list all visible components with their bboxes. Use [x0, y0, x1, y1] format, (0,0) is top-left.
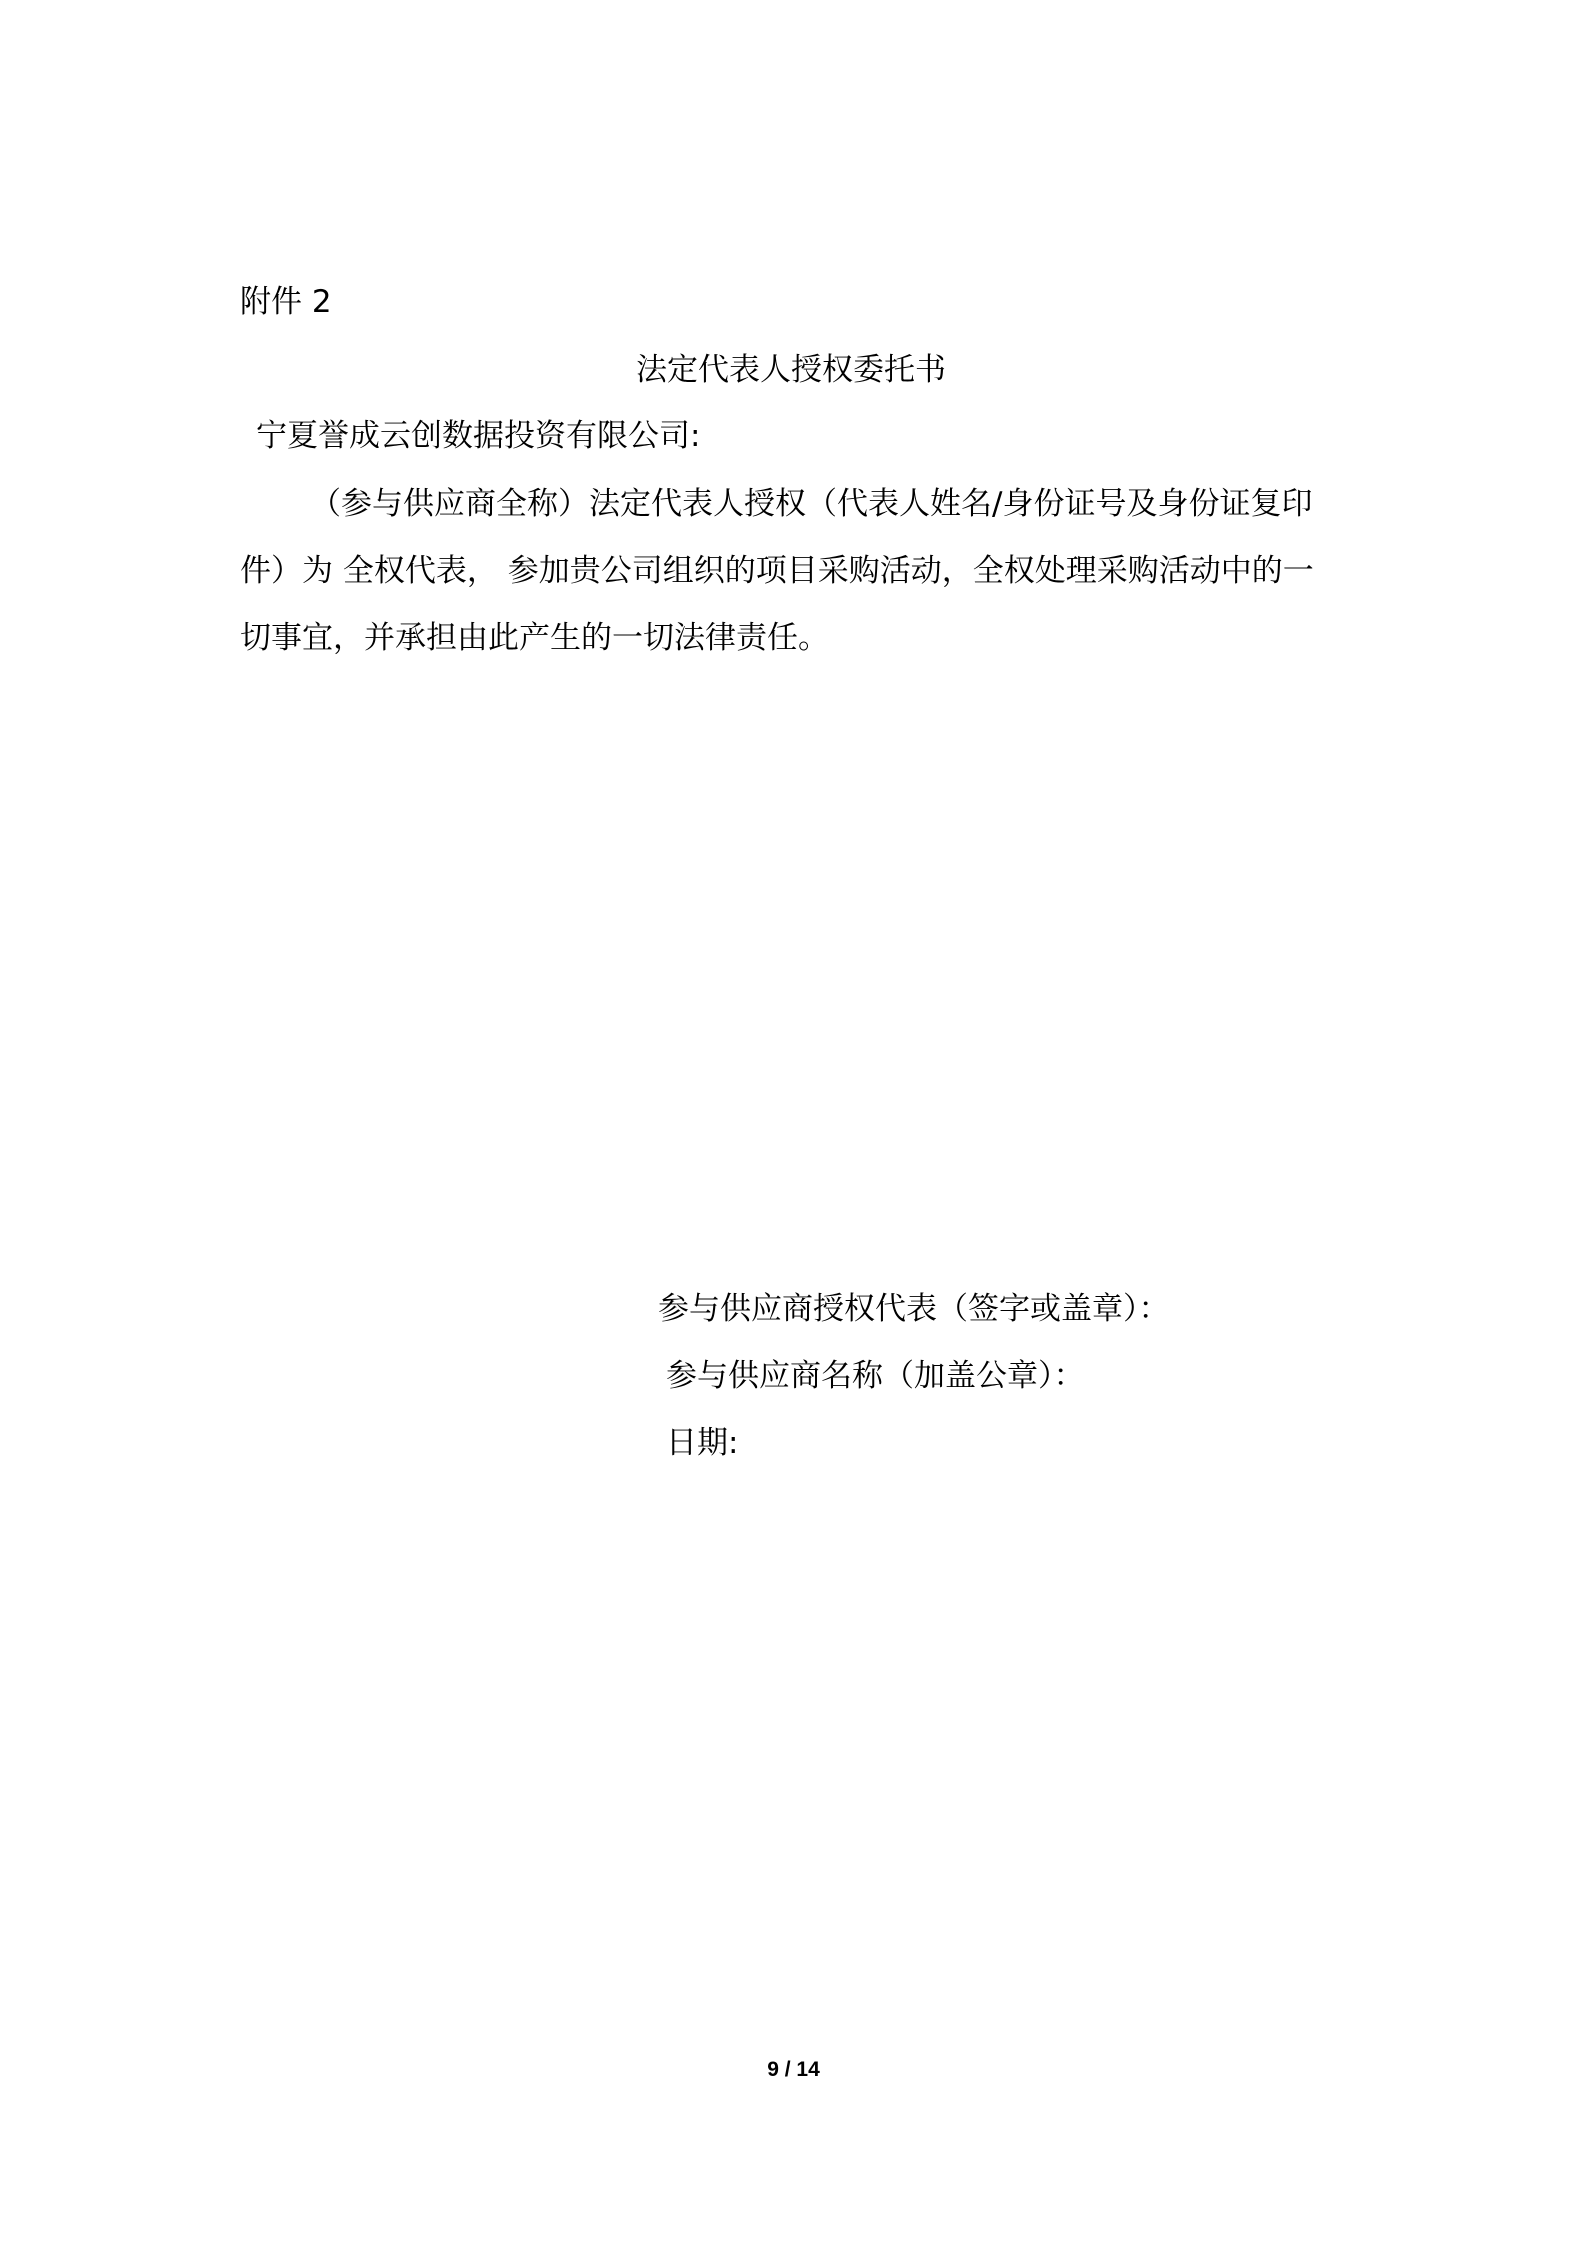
body-line: 件）为 全权代表， 参加贵公司组织的项目采购活动，全权处理采购活动中的一 [240, 551, 1314, 591]
representative-signature-line: 参与供应商授权代表（签字或盖章）： [658, 1289, 1170, 1329]
body-line: （参与供应商全称）法定代表人授权（代表人姓名/身份证号及身份证复印 [310, 484, 1312, 524]
page-number: 9 / 14 [0, 2058, 1587, 2082]
date-line: 日期: [666, 1423, 738, 1463]
recipient-line: 宁夏誉成云创数据投资有限公司: [256, 416, 700, 456]
document-title: 法定代表人授权委托书 [636, 350, 946, 390]
body-line: 切事宜，并承担由此产生的一切法律责任。 [240, 618, 829, 658]
supplier-name-line: 参与供应商名称（加盖公章）： [666, 1356, 1085, 1396]
attachment-label: 附件 2 [240, 282, 332, 322]
